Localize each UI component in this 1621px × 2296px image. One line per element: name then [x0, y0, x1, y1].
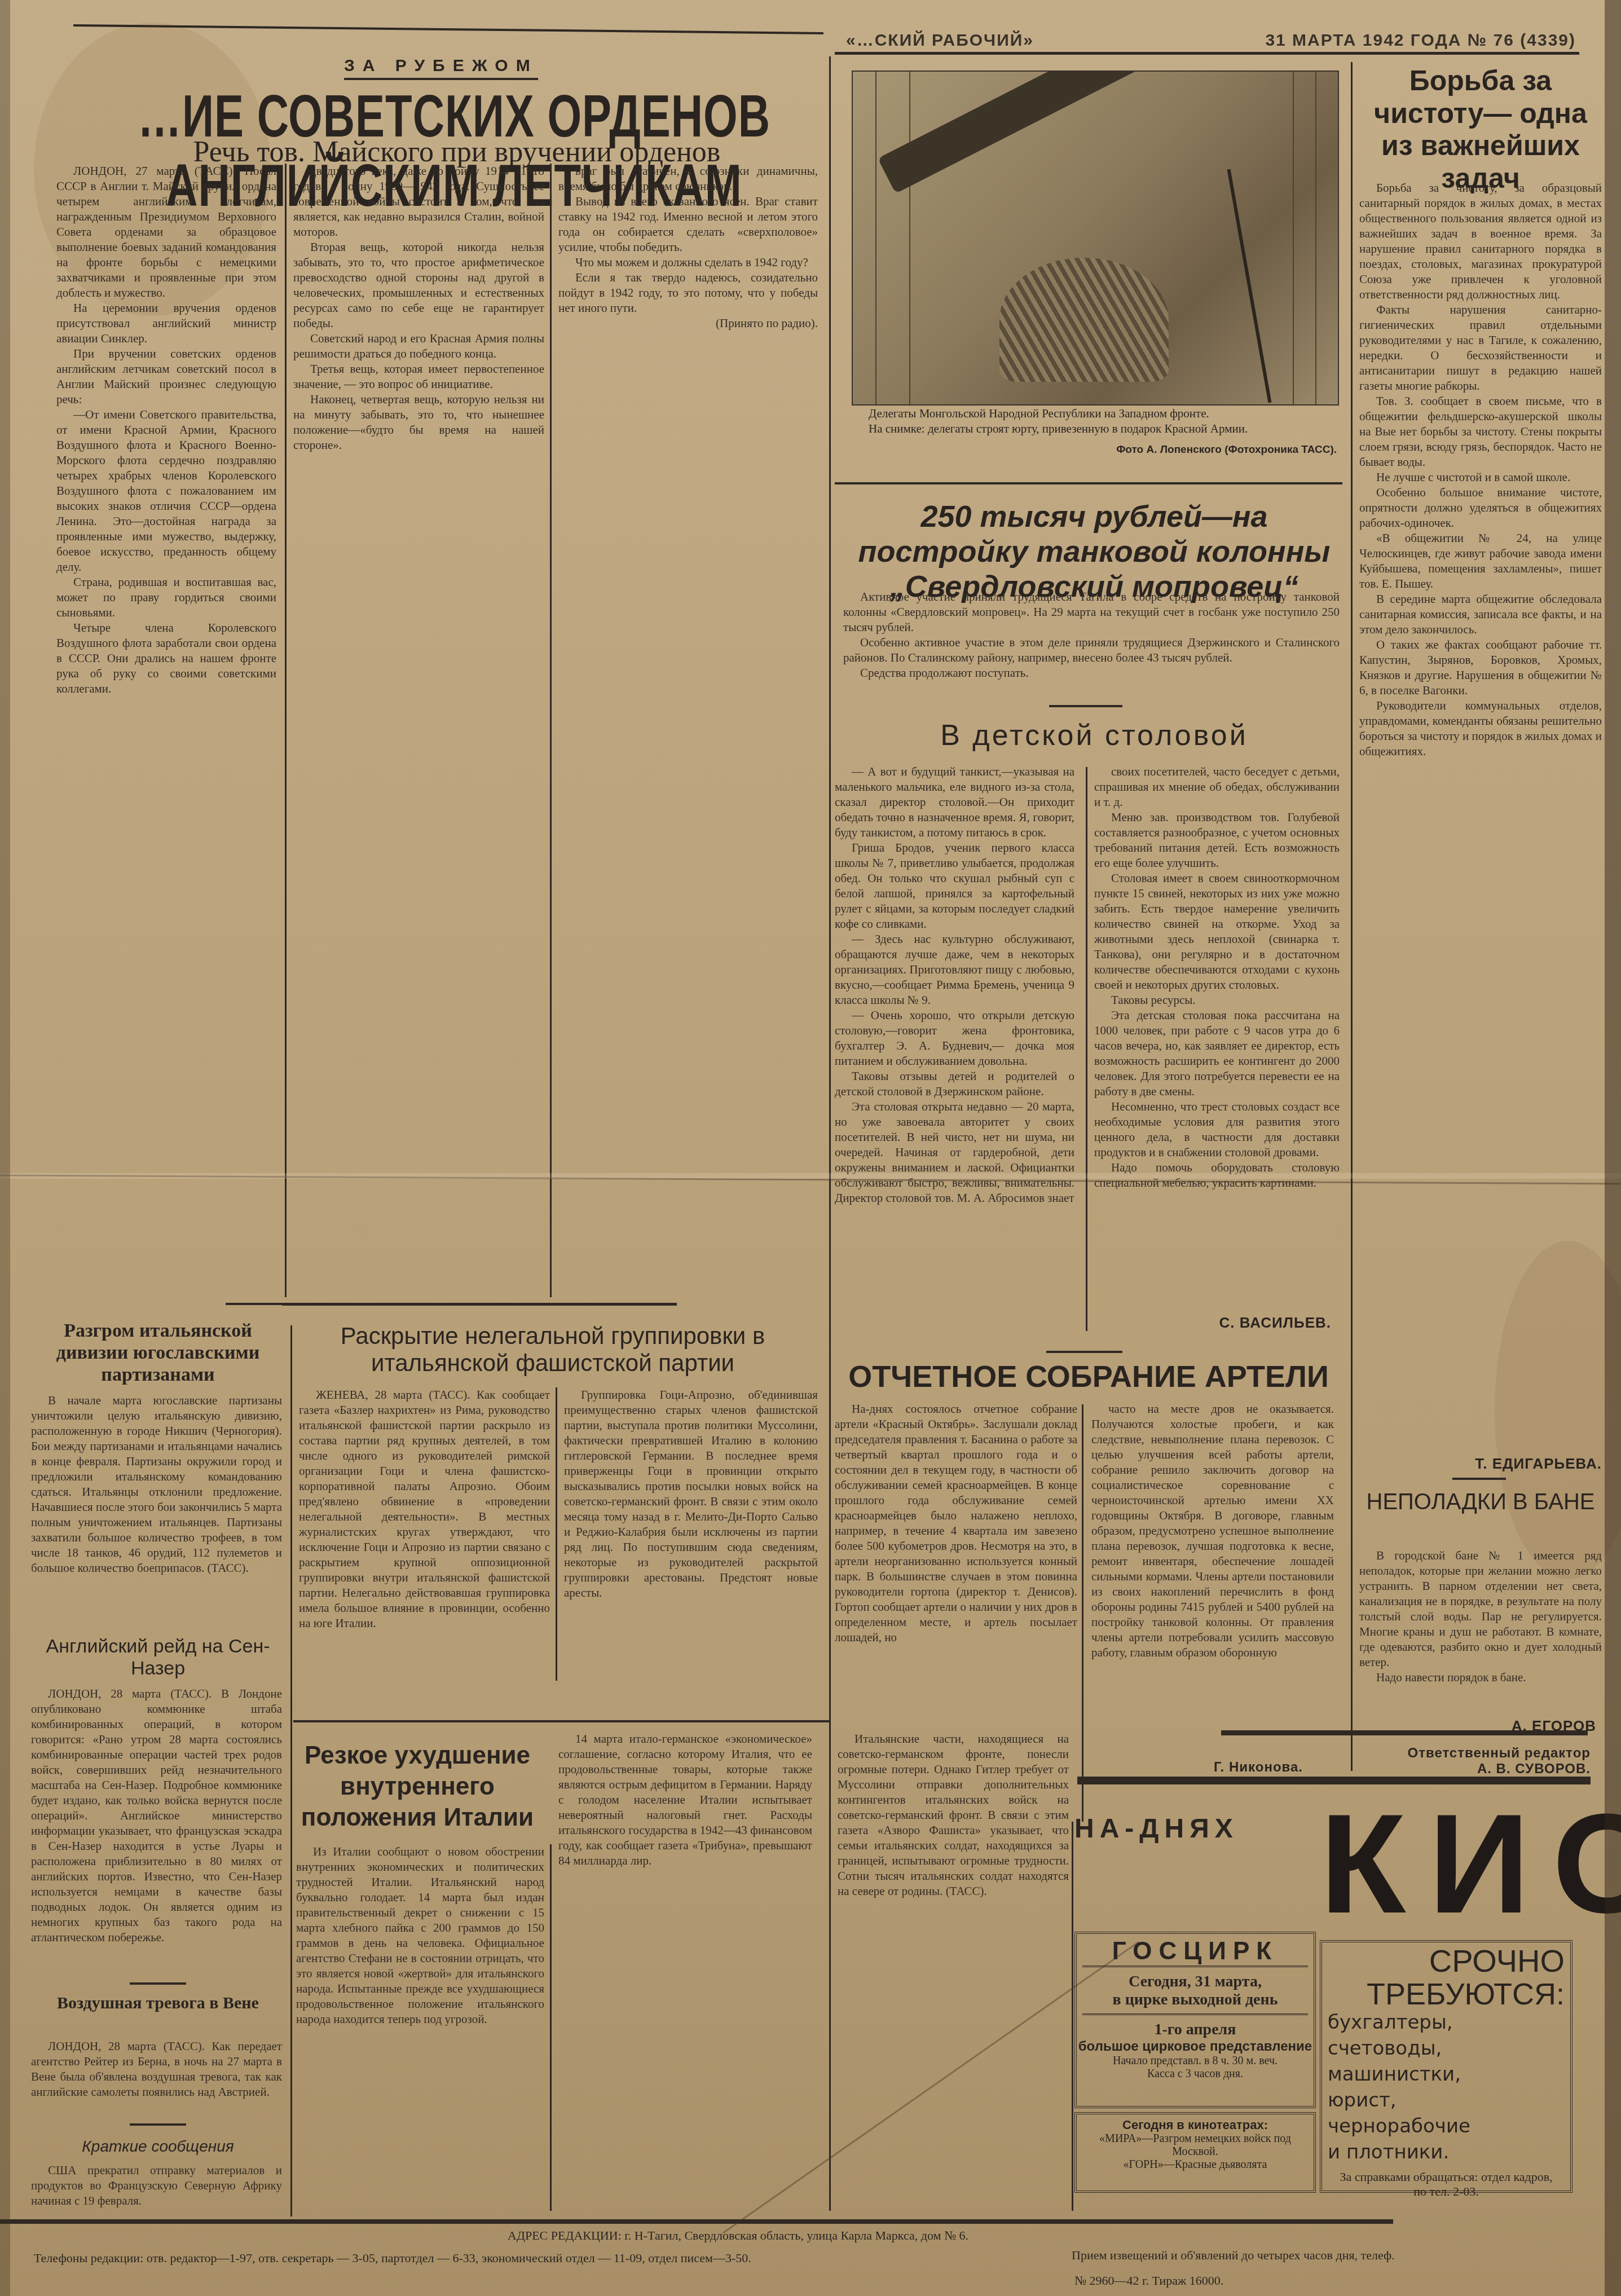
paragraph: В середине марта общежитие обследовала с…	[1359, 592, 1602, 637]
photo-caption: Делегаты Монгольской Народной Республики…	[852, 406, 1337, 457]
paragraph: Страна, родившая и воспитавшая вас, може…	[56, 575, 276, 620]
column-divider	[550, 1844, 552, 2211]
circus-cashbox: Касса с 3 часов дня.	[1077, 2068, 1314, 2081]
paragraph: Наконец, четвертая вещь, которую нельзя …	[293, 392, 544, 453]
paragraph: Третья вещь, которая имеет первостепенно…	[293, 362, 544, 392]
paragraph: Средства продолжают поступать.	[843, 666, 1340, 681]
column-divider	[1082, 1404, 1083, 1822]
job-item: бухгалтеры,	[1328, 2009, 1570, 2035]
circus-line: Сегодня, 31 марта,	[1077, 1973, 1314, 1991]
pole	[1227, 169, 1272, 403]
vienna-body: ЛОНДОН, 28 марта (ТАСС). Как передает аг…	[31, 2039, 282, 2100]
paragraph: Таковы отзывы детей и родителей о детско…	[835, 1069, 1074, 1099]
italy-group-column-1: ЖЕНЕВА, 28 марта (ТАСС). Как сообщает га…	[299, 1387, 550, 1681]
job-item: юрист,	[1328, 2087, 1570, 2113]
column-divider	[290, 1325, 292, 2216]
section-rule	[282, 1303, 677, 1306]
yugoslav-body: В начале марта югославские партизаны уни…	[31, 1393, 282, 1602]
section-rule	[835, 482, 1342, 484]
bath-body: В городской бане № 1 имеется ряд неполад…	[1359, 1548, 1602, 1685]
paragraph: В начале марта югославские партизаны уни…	[31, 1393, 282, 1576]
masthead: «…СКИЙ РАБОЧИЙ» 31 МАРТА 1942 ГОДА № 76 …	[846, 31, 1576, 54]
paragraph: Вывод из всего сказанного ясен. Враг ста…	[558, 194, 818, 255]
paragraph: —От имени Советского правительства, от и…	[56, 407, 276, 575]
artel-column-1: На-днях состоялось отчетное собрание арт…	[835, 1402, 1077, 1644]
italy-crisis-headline: Резкое ухудшение внутреннего положения И…	[293, 1740, 541, 1833]
paragraph: О таких же фактах сообщают рабочие тт. К…	[1359, 637, 1602, 698]
paragraph: 14 марта итало-германское «экономическое…	[558, 1731, 812, 1868]
yurt	[999, 258, 1169, 382]
paragraph: Борьба за чистоту, за образцовый санитар…	[1359, 180, 1602, 302]
paragraph: В городской бане № 1 имеется ряд неполад…	[1359, 1548, 1602, 1670]
paragraph: На церемонии вручения орденов присутство…	[56, 301, 276, 346]
job-item: счетоводы,	[1328, 2035, 1570, 2061]
paragraph: Четыре члена Королевского Воздушного фло…	[56, 620, 276, 697]
paragraph: Надо навести порядок в бане.	[1359, 1670, 1602, 1685]
vienna-headline: Воздушная тревога в Вене	[34, 1994, 282, 2013]
footer-print-run: № 2960—42 г. Тираж 16000.	[1074, 2273, 1413, 2289]
cinema-entry: «ГОРН»—Красные дьяволята	[1077, 2158, 1314, 2171]
paragraph: Если я так твердо надеюсь, созидательно …	[558, 270, 818, 316]
paragraph: Советский народ и его Красная Армия полн…	[293, 331, 544, 362]
yugoslav-headline: Разгром итальянской дивизии югославскими…	[34, 1320, 282, 1386]
short-rule	[1046, 1351, 1122, 1353]
paragraph: Группировка Гоци-Апрозио, об'единившая п…	[564, 1387, 818, 1601]
short-rule	[1049, 705, 1122, 707]
issue-dateline: 31 МАРТА 1942 ГОДА № 76 (4339)	[1265, 31, 1576, 50]
cleanliness-signature: Т. ЕДИГАРЬЕВА.	[1444, 1455, 1602, 1473]
footer-phones: Телефоны редакции: отв. редактор—1-97, о…	[34, 2250, 1049, 2266]
paragraph: Особенно активное участие в этом деле пр…	[843, 635, 1340, 666]
tank-column-body: Активное участие приняли трудящиеся Таги…	[843, 589, 1340, 681]
paragraph: США прекратил отправку материалов и прод…	[31, 2163, 282, 2209]
abroad-column-1: ЛОНДОН, 27 марта (ТАСС). Посол СССР в Ан…	[56, 164, 276, 1303]
circus-line: в цирке выходной день	[1082, 1991, 1308, 2015]
job-item: чернорабочие	[1328, 2113, 1570, 2139]
short-rule	[130, 2123, 186, 2126]
paragraph: ЛОНДОН, 28 марта (ТАСС). В Лондоне опубл…	[31, 1686, 282, 1945]
paper-edge	[1605, 0, 1621, 2296]
column-divider	[550, 164, 552, 1297]
paragraph: часто на месте дров не оказывается. Полу…	[1091, 1402, 1334, 1660]
canteen-headline: В детской столовой	[846, 719, 1342, 753]
short-rule	[226, 1303, 293, 1305]
paragraph: Меню зав. производством тов. Голубевой с…	[1094, 810, 1340, 871]
paragraph: Особенно большое внимание чистоте, опрят…	[1359, 485, 1602, 531]
jobs-title: СРОЧНО	[1322, 1942, 1565, 1979]
paragraph: «В общежитии № 24, на улице Челюскинцев,…	[1359, 531, 1602, 592]
paragraph: двадцатого века, даже ко войну 1914—1918…	[293, 164, 544, 240]
paragraph: Несомненно, что трест столовых создаст в…	[1094, 1099, 1340, 1160]
paragraph: ЛОНДОН, 27 марта (ТАСС). Посол СССР в Ан…	[56, 164, 276, 301]
jobs-list: бухгалтеры, счетоводы, машинистки, юрист…	[1328, 2009, 1570, 2165]
editor-label: Ответственный редактор	[1297, 1746, 1591, 1761]
paragraph: Таковы ресурсы.	[1094, 993, 1340, 1008]
italy-crisis-column-1: Из Италии сообщают о новом обострении вн…	[296, 1844, 544, 2211]
paragraph: Из Италии сообщают о новом обострении вн…	[296, 1844, 544, 2027]
column-divider	[1086, 767, 1087, 1331]
circus-date: 1-го апреля	[1077, 2021, 1314, 2039]
italy-crisis-column-2: 14 марта итало-германское «экономическое…	[558, 1731, 812, 2211]
artel-signature: Г. Никонова.	[1145, 1760, 1303, 1775]
column-divider	[829, 56, 831, 2211]
italy-crisis-column-3: Итальянские части, находящиеся на советс…	[838, 1731, 1069, 2211]
ads-rule	[1077, 1777, 1591, 1784]
italy-group-headline: Раскрытие нелегальной группировки в итал…	[299, 1323, 807, 1377]
cinema-big-title: КИО	[1320, 1793, 1621, 1934]
st-nazaire-headline: Английский рейд на Сен-Назер	[34, 1636, 282, 1680]
short-rule	[130, 1982, 186, 1985]
paragraph: Руководители коммунальных отделов, управ…	[1359, 698, 1602, 759]
column-divider	[1072, 1822, 1073, 2211]
paragraph: — Очень хорошо, что открыли детскую стол…	[835, 1008, 1074, 1069]
paragraph: — Здесь нас культурно обслуживают, обращ…	[835, 932, 1074, 1008]
artel-column-2: часто на месте дров не оказывается. Полу…	[1091, 1402, 1334, 1740]
brief-body: США прекратил отправку материалов и прод…	[31, 2163, 282, 2209]
paragraph: ЖЕНЕВА, 28 марта (ТАСС). Как сообщает га…	[299, 1387, 550, 1631]
abroad-column-2: двадцатого века, даже ко войну 1914—1918…	[293, 164, 544, 1297]
paper-edge	[0, 0, 10, 2296]
jobs-title: ТРЕБУЮТСЯ:	[1322, 1979, 1565, 2009]
paragraph: Что мы можем и должны сделать в 1942 год…	[558, 255, 818, 270]
cinema-prefix: НА-ДНЯХ	[1074, 1813, 1239, 1844]
footer-address: АДРЕС РЕДАКЦИИ: г. Н-Тагил, Свердловская…	[508, 2228, 1072, 2244]
circus-show: большое цирковое представление	[1077, 2039, 1314, 2055]
paragraph: При вручении советских орденов английски…	[56, 346, 276, 407]
italy-group-column-2: Группировка Гоци-Апрозио, об'единившая п…	[564, 1387, 818, 1681]
artillery-gun	[878, 70, 1177, 193]
cinema-entry: «МИРА»—Разгром немецких войск под Москво…	[1077, 2132, 1314, 2158]
short-rule	[1452, 1478, 1506, 1480]
circus-title: ГОСЦИРК	[1082, 1937, 1308, 1967]
wavy-rule	[293, 1720, 829, 1722]
source-note: (Принято по радио).	[558, 316, 818, 331]
column-divider	[556, 1387, 557, 1681]
paragraph: своих посетителей, часто беседует с деть…	[1094, 764, 1340, 810]
jobs-contact: За справками обращаться: отдел кадров, п…	[1333, 2170, 1559, 2199]
footer-rule	[0, 2219, 1393, 2224]
paragraph: — А вот и будущий танкист,—указывая на м…	[835, 764, 1074, 840]
job-item: и плотники.	[1328, 2139, 1570, 2165]
canteen-column-1: — А вот и будущий танкист,—указывая на м…	[835, 764, 1074, 1334]
paper-fold	[0, 1173, 1621, 1179]
job-item: машинистки,	[1328, 2061, 1570, 2087]
st-nazaire-body: ЛОНДОН, 28 марта (ТАСС). В Лондоне опубл…	[31, 1686, 282, 1951]
jobs-ad: СРОЧНО ТРЕБУЮТСЯ: бухгалтеры, счетоводы,…	[1320, 1940, 1572, 2193]
canteen-signature: С. ВАСИЛЬЕВ.	[1184, 1314, 1331, 1332]
paragraph: На-днях состоялось отчетное собрание арт…	[835, 1402, 1077, 1644]
paragraph: ЛОНДОН, 28 марта (ТАСС). Как передает аг…	[31, 2039, 282, 2100]
circus-start-time: Начало представл. в 8 ч. 30 м. веч.	[1077, 2055, 1314, 2068]
paragraph: Эта столовая открыта недавно — 20 марта,…	[835, 1099, 1074, 1206]
canteen-column-2: своих посетителей, часто беседует с деть…	[1094, 764, 1340, 1306]
bath-headline: НЕПОЛАДКИ В БАНЕ	[1359, 1489, 1602, 1515]
paragraph: Эта детская столовая пока рассчитана на …	[1094, 1008, 1340, 1099]
column-divider	[285, 164, 287, 1297]
section-label: ЗА РУБЕЖОМ	[344, 56, 538, 80]
top-rule	[835, 52, 1579, 55]
paragraph: враг был статичен, а союзники динамичны,…	[558, 164, 818, 194]
abroad-column-3: враг был статичен, а союзники динамичны,…	[558, 164, 818, 1297]
brief-headline: Краткие сообщения	[34, 2138, 282, 2156]
paragraph: Не лучше с чистотой и в самой школе.	[1359, 470, 1602, 485]
editor-block: Ответственный редактор А. В. СУВОРОВ.	[1297, 1746, 1591, 1777]
cleanliness-headline: Борьба за чистоту— одна из важнейших зад…	[1359, 65, 1602, 195]
paragraph: Тов. З. сообщает в своем письме, что в о…	[1359, 394, 1602, 470]
cinema-today-label: Сегодня в кинотеатрах:	[1077, 2118, 1314, 2132]
column-divider	[1351, 62, 1353, 1771]
paragraph: Вторая вещь, которой никогда нельзя забы…	[293, 240, 544, 331]
cleanliness-body: Борьба за чистоту, за образцовый санитар…	[1359, 180, 1602, 1365]
paragraph: Активное участие приняли трудящиеся Таги…	[843, 589, 1340, 635]
section-rule	[1221, 1730, 1588, 1735]
paragraph: Итальянские части, находящиеся на советс…	[838, 1731, 1069, 1899]
footer-notices: Прием извещений и об'явлений до четырех …	[1072, 2247, 1579, 2263]
circus-ad: ГОСЦИРК Сегодня, 31 марта, в цирке выход…	[1074, 1932, 1316, 2108]
artel-headline: ОТЧЕТНОЕ СОБРАНИЕ АРТЕЛИ	[840, 1359, 1337, 1394]
newspaper-name: «…СКИЙ РАБОЧИЙ»	[846, 31, 1034, 50]
cinema-listing: Сегодня в кинотеатрах: «МИРА»—Разгром не…	[1074, 2112, 1316, 2193]
photo-mongolian-delegates	[852, 70, 1339, 406]
paragraph: Столовая имеет в своем свиноотко­рмочном…	[1094, 871, 1340, 993]
tank-column-headline: 250 тысяч рублей—на постройку танковой к…	[846, 499, 1342, 604]
paragraph: Факты нарушения санитарно-гигиенических …	[1359, 302, 1602, 394]
paragraph: Гриша Бродов, ученик первого класса школ…	[835, 840, 1074, 932]
editor-name: А. В. СУВОРОВ.	[1297, 1761, 1591, 1777]
